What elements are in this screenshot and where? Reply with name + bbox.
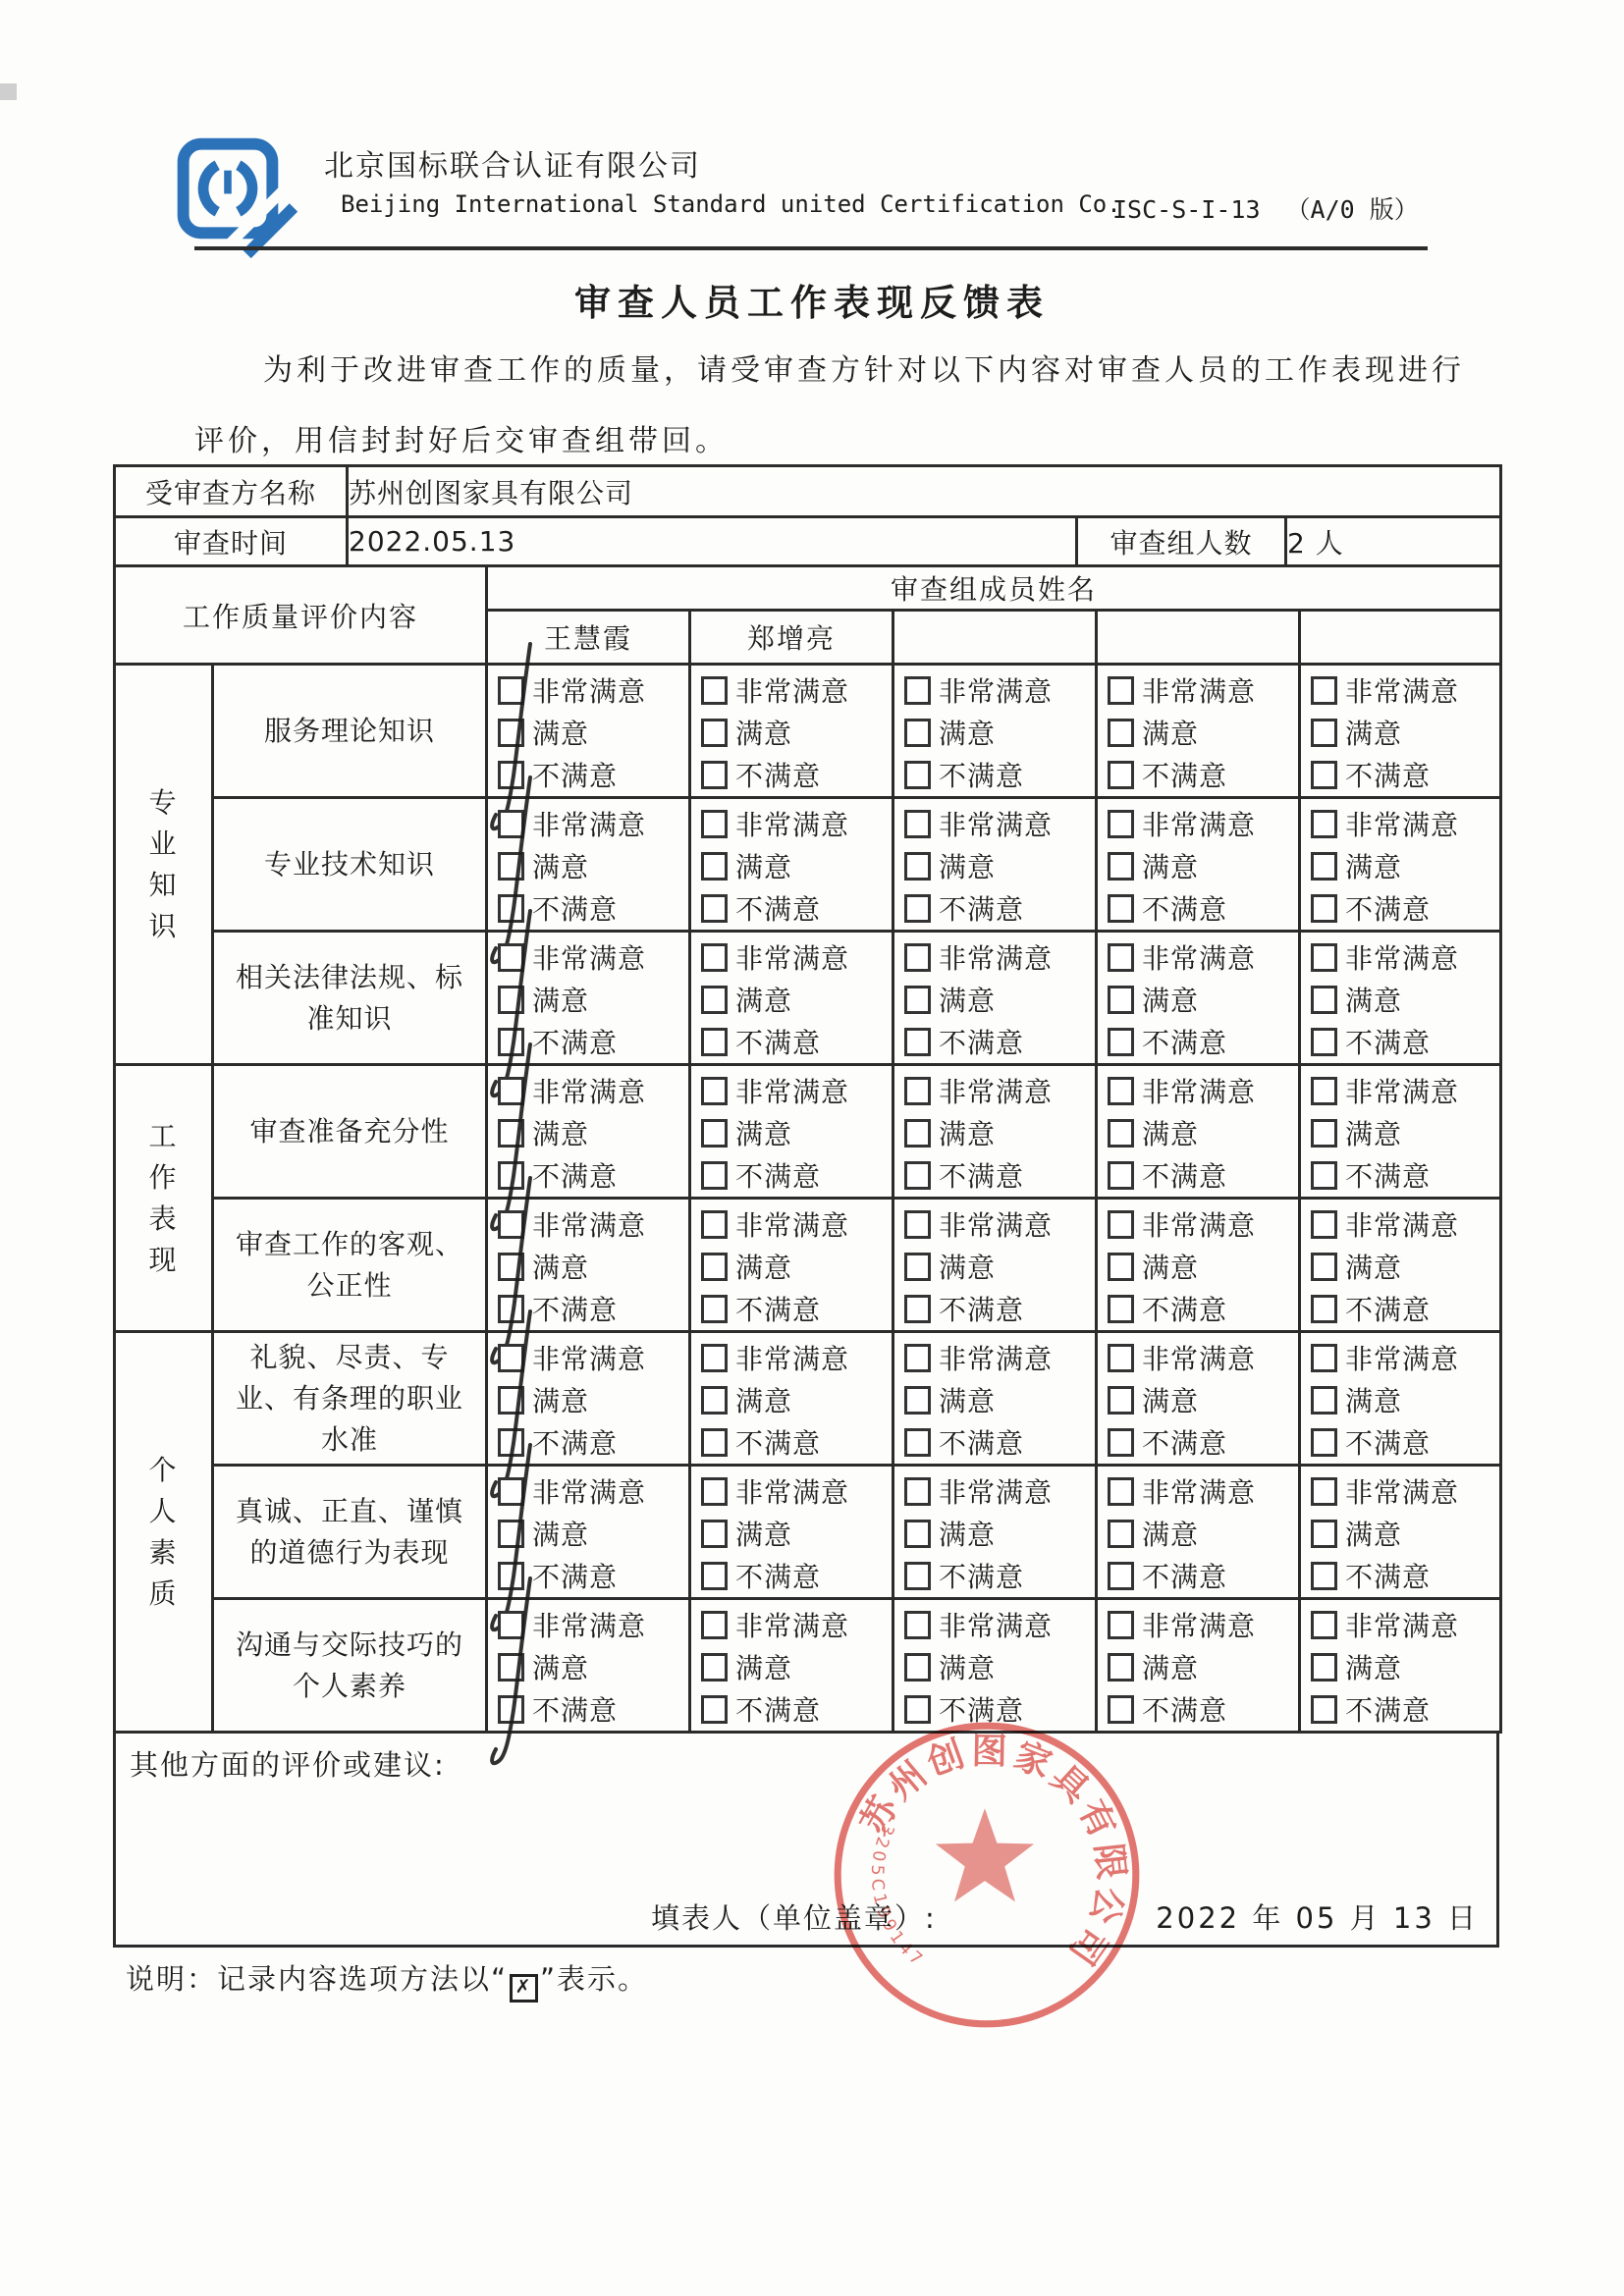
checkbox-label: 满意: [939, 846, 996, 885]
rating-cell: 非常满意满意不满意: [1097, 1199, 1300, 1332]
form-title: 审查人员工作表现反馈表: [0, 273, 1624, 326]
checkbox[interactable]: [1108, 1344, 1134, 1372]
checkbox-label: 非常满意: [1142, 1605, 1256, 1644]
feedback-form: 受审查方名称 苏州创图家具有限公司 审查时间 2022.05.13 审查组人数 …: [113, 464, 1499, 1948]
checkbox[interactable]: [1311, 1428, 1337, 1457]
checkbox[interactable]: [498, 1077, 524, 1105]
rating-cell: 非常满意满意不满意: [1097, 1332, 1300, 1466]
checkbox[interactable]: [498, 1562, 524, 1590]
checkbox-label: 非常满意: [1142, 1071, 1256, 1110]
checkbox-label: 不满意: [532, 1556, 618, 1595]
checkbox[interactable]: [1311, 1611, 1337, 1639]
checkbox-label: 满意: [939, 1514, 996, 1553]
rating-cell: 非常满意满意不满意: [893, 798, 1097, 932]
checkbox[interactable]: [701, 1210, 728, 1239]
checkbox[interactable]: [1311, 1161, 1337, 1190]
checkbox[interactable]: [1108, 1428, 1134, 1457]
checkbox[interactable]: [1311, 1295, 1337, 1323]
checkbox[interactable]: [904, 1386, 931, 1415]
checkbox-label: 非常满意: [532, 1471, 646, 1511]
grid-row: 个人素质礼貌、尽责、专业、有条理的职业水准非常满意满意不满意非常满意满意不满意非…: [115, 1332, 1501, 1466]
criteria-cell: 审查工作的客观、公正性: [213, 1199, 487, 1332]
checkbox-label: 非常满意: [939, 1204, 1053, 1244]
checkbox-label: 满意: [532, 846, 589, 885]
checkbox[interactable]: [498, 719, 524, 747]
grid-header-row: 工作质量评价内容 审查组成员姓名: [115, 566, 1501, 611]
rating-cell: 非常满意满意不满意: [487, 1599, 690, 1733]
auditee-row: 受审查方名称 苏州创图家具有限公司: [115, 466, 1501, 517]
category-cell: 个人素质: [115, 1332, 213, 1733]
checkbox-label: 非常满意: [939, 1071, 1053, 1110]
checkbox[interactable]: [498, 810, 524, 838]
checkbox[interactable]: [701, 1520, 728, 1548]
checkbox[interactable]: [904, 810, 931, 838]
seal-star: [936, 1808, 1034, 1901]
member-name-cell: [1097, 611, 1300, 665]
checkbox[interactable]: [498, 676, 524, 705]
checkbox[interactable]: [498, 1253, 524, 1281]
checkbox-label: 非常满意: [532, 1071, 646, 1110]
checkbox-label: 满意: [532, 980, 589, 1019]
checkbox-label: 非常满意: [735, 1605, 849, 1644]
checkbox[interactable]: [498, 1028, 524, 1056]
checkbox[interactable]: [498, 1653, 524, 1682]
instruction-note: 说明：记录内容选项方法以“✗”表示。: [126, 1957, 648, 2002]
checkbox-label: 不满意: [1142, 1289, 1227, 1328]
checkbox[interactable]: [1108, 1077, 1134, 1105]
checkbox[interactable]: [1108, 1653, 1134, 1682]
checkbox-label: 满意: [939, 1247, 996, 1286]
checkbox-label: 满意: [1142, 1113, 1199, 1152]
checkbox[interactable]: [701, 1562, 728, 1590]
rating-cell: 非常满意满意不满意: [487, 1065, 690, 1199]
checkbox-label: 满意: [939, 713, 996, 752]
grid-row: 沟通与交际技巧的个人素养非常满意满意不满意非常满意满意不满意非常满意满意不满意非…: [115, 1599, 1501, 1733]
checkbox[interactable]: [904, 1119, 931, 1148]
rating-cell: 非常满意满意不满意: [893, 1332, 1097, 1466]
page: { "header": { "company_zh": "北京国标联合认证有限公…: [0, 0, 1624, 2296]
checkbox[interactable]: [1311, 852, 1337, 881]
grid-row: 相关法律法规、标准知识非常满意满意不满意非常满意满意不满意非常满意满意不满意非常…: [115, 932, 1501, 1065]
checkbox-label: 不满意: [1345, 1556, 1431, 1595]
checkbox[interactable]: [1108, 719, 1134, 747]
checkbox[interactable]: [1311, 1253, 1337, 1281]
checkbox-label: 非常满意: [1142, 1338, 1256, 1377]
checkbox-label: 非常满意: [939, 1471, 1053, 1511]
checkbox[interactable]: [701, 894, 728, 923]
checkbox-label: 满意: [1345, 1647, 1402, 1686]
checkbox[interactable]: [498, 761, 524, 789]
rating-cell: 非常满意满意不满意: [487, 1332, 690, 1466]
checkbox[interactable]: [1108, 943, 1134, 972]
checkbox-label: 满意: [1142, 846, 1199, 885]
checkbox-label: 非常满意: [532, 670, 646, 710]
checkbox[interactable]: [701, 1428, 728, 1457]
grid-row: 工作表现审查准备充分性非常满意满意不满意非常满意满意不满意非常满意满意不满意非常…: [115, 1065, 1501, 1199]
checkbox-label: 满意: [1345, 1380, 1402, 1419]
checkbox[interactable]: [701, 1028, 728, 1056]
doc-code-version: （A/0 版）: [1286, 195, 1419, 224]
checkbox[interactable]: [1108, 1562, 1134, 1590]
checkbox-label: 满意: [735, 1113, 792, 1152]
checkbox-label: 满意: [939, 1113, 996, 1152]
checkbox[interactable]: [1108, 1028, 1134, 1056]
checkbox[interactable]: [904, 894, 931, 923]
checkbox[interactable]: [498, 1295, 524, 1323]
checkbox[interactable]: [1108, 1119, 1134, 1148]
checkbox[interactable]: [1311, 1119, 1337, 1148]
checkbox[interactable]: [701, 1653, 728, 1682]
checkbox-label: 满意: [735, 713, 792, 752]
rating-cell: 非常满意满意不满意: [487, 1466, 690, 1599]
checkbox-label: 非常满意: [532, 804, 646, 843]
checkbox[interactable]: [1311, 1477, 1337, 1506]
member-name-cell: 王慧霞: [487, 611, 690, 665]
checkbox[interactable]: [1311, 1386, 1337, 1415]
rating-cell: 非常满意满意不满意: [487, 1199, 690, 1332]
checkbox[interactable]: [904, 1077, 931, 1105]
checkbox[interactable]: [1108, 1477, 1134, 1506]
checkbox[interactable]: [1108, 1520, 1134, 1548]
checkbox[interactable]: [1108, 894, 1134, 923]
audit-time-value: 2022.05.13: [348, 517, 1077, 566]
checked-box-symbol: ✗: [510, 1974, 538, 2002]
checkbox-label: 不满意: [1142, 1689, 1227, 1729]
checkbox-label: 非常满意: [939, 1338, 1053, 1377]
checkbox[interactable]: [701, 1386, 728, 1415]
checkbox[interactable]: [904, 676, 931, 705]
rating-cell: 非常满意满意不满意: [690, 1332, 893, 1466]
checkbox-label: 非常满意: [1345, 1605, 1459, 1644]
rating-cell: 非常满意满意不满意: [1300, 1466, 1501, 1599]
checkbox[interactable]: [904, 1611, 931, 1639]
checkbox-label: 非常满意: [939, 670, 1053, 710]
checkbox-label: 不满意: [532, 1289, 618, 1328]
checkbox[interactable]: [498, 986, 524, 1014]
checkbox-label: 满意: [532, 1247, 589, 1286]
checkbox[interactable]: [904, 761, 931, 789]
checkbox-label: 非常满意: [1142, 1204, 1256, 1244]
certification-logo-icon: [175, 135, 281, 241]
checkbox-label: 不满意: [532, 1422, 618, 1462]
rating-cell: 非常满意满意不满意: [893, 932, 1097, 1065]
checkbox-label: 非常满意: [939, 1605, 1053, 1644]
rating-grid: 工作质量评价内容 审查组成员姓名 王慧霞郑增亮 专业知识服务理论知识非常满意满意…: [113, 564, 1502, 1734]
rating-cell: 非常满意满意不满意: [487, 932, 690, 1065]
checkbox-label: 非常满意: [1142, 804, 1256, 843]
grid-row: 专业技术知识非常满意满意不满意非常满意满意不满意非常满意满意不满意非常满意满意不…: [115, 798, 1501, 932]
checkbox[interactable]: [701, 1295, 728, 1323]
checkbox[interactable]: [498, 1520, 524, 1548]
checkbox[interactable]: [498, 1119, 524, 1148]
rating-cell: 非常满意满意不满意: [487, 665, 690, 798]
rating-cell: 非常满意满意不满意: [690, 1065, 893, 1199]
checkbox-label: 满意: [1345, 1113, 1402, 1152]
checkbox[interactable]: [1311, 1520, 1337, 1548]
checkbox[interactable]: [1108, 1611, 1134, 1639]
checkbox[interactable]: [498, 943, 524, 972]
checkbox[interactable]: [1108, 1386, 1134, 1415]
checkbox[interactable]: [498, 1695, 524, 1724]
checkbox-label: 满意: [532, 1380, 589, 1419]
fill-date: 2022 年 05 月 13 日: [1156, 1896, 1479, 1937]
checkbox-label: 不满意: [1142, 1422, 1227, 1462]
checkbox[interactable]: [904, 1210, 931, 1239]
company-seal: 苏州创图家具有限公司 3205C199147: [823, 1711, 1151, 2039]
checkbox[interactable]: [498, 1611, 524, 1639]
checkbox[interactable]: [904, 1477, 931, 1506]
checkbox-label: 满意: [735, 1380, 792, 1419]
checkbox[interactable]: [498, 1477, 524, 1506]
checkbox[interactable]: [498, 852, 524, 881]
checkbox-label: 非常满意: [735, 804, 849, 843]
checkbox-label: 满意: [1142, 1247, 1199, 1286]
checkbox-label: 非常满意: [532, 1338, 646, 1377]
checkbox[interactable]: [701, 1119, 728, 1148]
rating-cell: 非常满意满意不满意: [1300, 1599, 1501, 1733]
note-suffix: ”表示。: [540, 1962, 648, 1996]
checkbox-label: 满意: [1345, 846, 1402, 885]
criteria-cell: 真诚、正直、谨慎的道德行为表现: [213, 1466, 487, 1599]
checkbox[interactable]: [1108, 986, 1134, 1014]
rating-cell: 非常满意满意不满意: [1097, 1466, 1300, 1599]
rating-cell: 非常满意满意不满意: [690, 1199, 893, 1332]
checkbox-label: 非常满意: [1345, 670, 1459, 710]
checkbox-label: 不满意: [735, 888, 821, 928]
checkbox-label: 不满意: [1345, 888, 1431, 928]
checkbox[interactable]: [701, 1161, 728, 1190]
checkbox-label: 不满意: [532, 755, 618, 794]
checkbox[interactable]: [1311, 676, 1337, 705]
seal-stamp-icon: 苏州创图家具有限公司 3205C199147: [823, 1711, 1151, 2039]
checkbox[interactable]: [701, 943, 728, 972]
checkbox-label: 不满意: [735, 1556, 821, 1595]
checkbox[interactable]: [498, 1344, 524, 1372]
checkbox-label: 非常满意: [1345, 1338, 1459, 1377]
checkbox[interactable]: [1311, 1695, 1337, 1724]
checkbox[interactable]: [498, 894, 524, 923]
comments-table: 其他方面的评价或建议: 填表人（单位盖章）: 2022 年 05 月 13 日: [113, 1731, 1499, 1948]
checkbox-label: 满意: [532, 713, 589, 752]
checkbox[interactable]: [701, 761, 728, 789]
checkbox[interactable]: [701, 1344, 728, 1372]
checkbox-label: 非常满意: [735, 670, 849, 710]
svg-text:3205C199147: 3205C199147: [867, 1820, 926, 1969]
rating-cell: 非常满意满意不满意: [690, 665, 893, 798]
rating-cell: 非常满意满意不满意: [1097, 1065, 1300, 1199]
checkbox[interactable]: [904, 852, 931, 881]
checkbox-label: 不满意: [939, 1289, 1024, 1328]
content-header-cell: 工作质量评价内容: [115, 566, 487, 665]
checkbox[interactable]: [1108, 1295, 1134, 1323]
checkbox-label: 满意: [1142, 1514, 1199, 1553]
checkbox-label: 非常满意: [1142, 670, 1256, 710]
criteria-cell: 礼貌、尽责、专业、有条理的职业水准: [213, 1332, 487, 1466]
checkbox[interactable]: [1311, 1653, 1337, 1682]
grid-row: 真诚、正直、谨慎的道德行为表现非常满意满意不满意非常满意满意不满意非常满意满意不…: [115, 1466, 1501, 1599]
checkbox-label: 满意: [735, 1514, 792, 1553]
checkbox[interactable]: [1311, 894, 1337, 923]
checkbox[interactable]: [904, 1653, 931, 1682]
checkbox-label: 非常满意: [1345, 1471, 1459, 1511]
audit-time-row: 审查时间 2022.05.13 审查组人数 2 人: [115, 517, 1501, 566]
checkbox[interactable]: [498, 1386, 524, 1415]
checkbox[interactable]: [498, 1161, 524, 1190]
checkbox[interactable]: [498, 1428, 524, 1457]
other-comments-label: 其他方面的评价或建议:: [130, 1743, 446, 1784]
checkbox-label: 不满意: [1345, 755, 1431, 794]
checkbox[interactable]: [701, 986, 728, 1014]
rating-cell: 非常满意满意不满意: [1300, 1199, 1501, 1332]
checkbox-label: 非常满意: [1345, 804, 1459, 843]
checkbox-label: 非常满意: [1345, 1071, 1459, 1110]
auditee-label: 受审查方名称: [115, 466, 348, 517]
scan-artifact: [0, 83, 17, 100]
checkbox-label: 不满意: [1142, 1155, 1227, 1195]
checkbox[interactable]: [904, 1520, 931, 1548]
checkbox[interactable]: [904, 1253, 931, 1281]
checkbox[interactable]: [701, 1477, 728, 1506]
checkbox[interactable]: [1108, 1253, 1134, 1281]
checkbox-label: 不满意: [939, 1556, 1024, 1595]
checkbox-label: 满意: [1345, 1247, 1402, 1286]
checkbox-label: 不满意: [735, 1289, 821, 1328]
checkbox[interactable]: [1311, 1562, 1337, 1590]
category-cell: 工作表现: [115, 1065, 213, 1332]
checkbox-label: 满意: [532, 1647, 589, 1686]
checkbox[interactable]: [701, 1253, 728, 1281]
checkbox[interactable]: [701, 676, 728, 705]
checkbox-label: 非常满意: [1142, 937, 1256, 977]
checkbox-label: 非常满意: [532, 937, 646, 977]
rating-cell: 非常满意满意不满意: [1097, 665, 1300, 798]
checkbox[interactable]: [1311, 943, 1337, 972]
checkbox-label: 不满意: [1345, 1689, 1431, 1729]
criteria-cell: 相关法律法规、标准知识: [213, 932, 487, 1065]
company-name-zh: 北京国标联合认证有限公司: [324, 141, 701, 185]
checkbox[interactable]: [1311, 810, 1337, 838]
checkbox[interactable]: [904, 1295, 931, 1323]
checkbox[interactable]: [904, 1428, 931, 1457]
checkbox-label: 不满意: [735, 1422, 821, 1462]
checkbox-label: 非常满意: [532, 1605, 646, 1644]
checkbox[interactable]: [1108, 810, 1134, 838]
checkbox[interactable]: [1311, 1210, 1337, 1239]
checkbox-label: 非常满意: [532, 1204, 646, 1244]
category-cell: 专业知识: [115, 665, 213, 1065]
rating-cell: 非常满意满意不满意: [893, 1466, 1097, 1599]
checkbox-label: 非常满意: [1142, 1471, 1256, 1511]
checkbox[interactable]: [1108, 676, 1134, 705]
checkbox[interactable]: [1311, 1077, 1337, 1105]
checkbox-label: 满意: [1345, 1514, 1402, 1553]
checkbox-label: 满意: [1142, 1647, 1199, 1686]
checkbox-label: 非常满意: [735, 1471, 849, 1511]
checkbox-label: 非常满意: [735, 1338, 849, 1377]
checkbox[interactable]: [1311, 761, 1337, 789]
checkbox-label: 不满意: [532, 1022, 618, 1061]
checkbox[interactable]: [1311, 719, 1337, 747]
checkbox-label: 满意: [1142, 1380, 1199, 1419]
checkbox[interactable]: [701, 719, 728, 747]
checkbox[interactable]: [701, 852, 728, 881]
checkbox[interactable]: [1108, 1210, 1134, 1239]
team-size-label: 审查组人数: [1077, 517, 1286, 566]
member-name-cell: [893, 611, 1097, 665]
rating-cell: 非常满意满意不满意: [1300, 1332, 1501, 1466]
checkbox[interactable]: [701, 1611, 728, 1639]
checkbox[interactable]: [904, 1161, 931, 1190]
checkbox-label: 不满意: [1345, 1155, 1431, 1195]
checkbox-label: 不满意: [532, 1689, 618, 1729]
grid-row: 审查工作的客观、公正性非常满意满意不满意非常满意满意不满意非常满意满意不满意非常…: [115, 1199, 1501, 1332]
checkbox[interactable]: [1311, 1344, 1337, 1372]
checkbox[interactable]: [701, 1695, 728, 1724]
checkbox-label: 满意: [1345, 980, 1402, 1019]
checkbox-label: 不满意: [532, 1155, 618, 1195]
checkbox[interactable]: [1108, 852, 1134, 881]
checkbox[interactable]: [904, 943, 931, 972]
checkbox-label: 满意: [532, 1514, 589, 1553]
rating-cell: 非常满意满意不满意: [1300, 665, 1501, 798]
checkbox[interactable]: [498, 1210, 524, 1239]
criteria-cell: 服务理论知识: [213, 665, 487, 798]
doc-code-number: ISC-S-I-13: [1112, 195, 1261, 224]
checkbox-label: 不满意: [1345, 1422, 1431, 1462]
rating-cell: 非常满意满意不满意: [1300, 1065, 1501, 1199]
rating-cell: 非常满意满意不满意: [487, 798, 690, 932]
checkbox-label: 不满意: [735, 1022, 821, 1061]
audit-time-label: 审查时间: [115, 517, 348, 566]
checkbox-label: 不满意: [939, 1155, 1024, 1195]
checkbox-label: 不满意: [1142, 755, 1227, 794]
checkbox[interactable]: [904, 1344, 931, 1372]
member-name-cell: 郑增亮: [690, 611, 893, 665]
checkbox-label: 满意: [1142, 980, 1199, 1019]
checkbox-label: 不满意: [939, 1022, 1024, 1061]
checkbox-label: 满意: [1142, 713, 1199, 752]
grid-row: 专业知识服务理论知识非常满意满意不满意非常满意满意不满意非常满意满意不满意非常满…: [115, 665, 1501, 798]
checkbox[interactable]: [904, 1562, 931, 1590]
checkbox-label: 非常满意: [735, 1204, 849, 1244]
rating-cell: 非常满意满意不满意: [893, 665, 1097, 798]
checkbox[interactable]: [904, 719, 931, 747]
checkbox[interactable]: [1108, 1161, 1134, 1190]
checkbox[interactable]: [1311, 1028, 1337, 1056]
checkbox[interactable]: [701, 1077, 728, 1105]
checkbox-label: 不满意: [735, 755, 821, 794]
checkbox[interactable]: [904, 1028, 931, 1056]
checkbox-label: 非常满意: [1345, 1204, 1459, 1244]
checkbox[interactable]: [1311, 986, 1337, 1014]
checkbox-label: 不满意: [939, 755, 1024, 794]
checkbox-label: 非常满意: [735, 937, 849, 977]
rating-cell: 非常满意满意不满意: [893, 1065, 1097, 1199]
criteria-cell: 审查准备充分性: [213, 1065, 487, 1199]
checkbox-label: 非常满意: [735, 1071, 849, 1110]
checkbox[interactable]: [904, 986, 931, 1014]
rating-cell: 非常满意满意不满意: [1300, 932, 1501, 1065]
criteria-cell: 沟通与交际技巧的个人素养: [213, 1599, 487, 1733]
checkbox[interactable]: [1108, 761, 1134, 789]
checkbox-label: 不满意: [1345, 1022, 1431, 1061]
rating-cell: 非常满意满意不满意: [690, 1466, 893, 1599]
auditee-value: 苏州创图家具有限公司: [348, 466, 1501, 517]
checkbox-label: 满意: [1345, 713, 1402, 752]
checkbox[interactable]: [701, 810, 728, 838]
checkbox-label: 不满意: [1142, 1556, 1227, 1595]
checkbox-label: 满意: [735, 1647, 792, 1686]
